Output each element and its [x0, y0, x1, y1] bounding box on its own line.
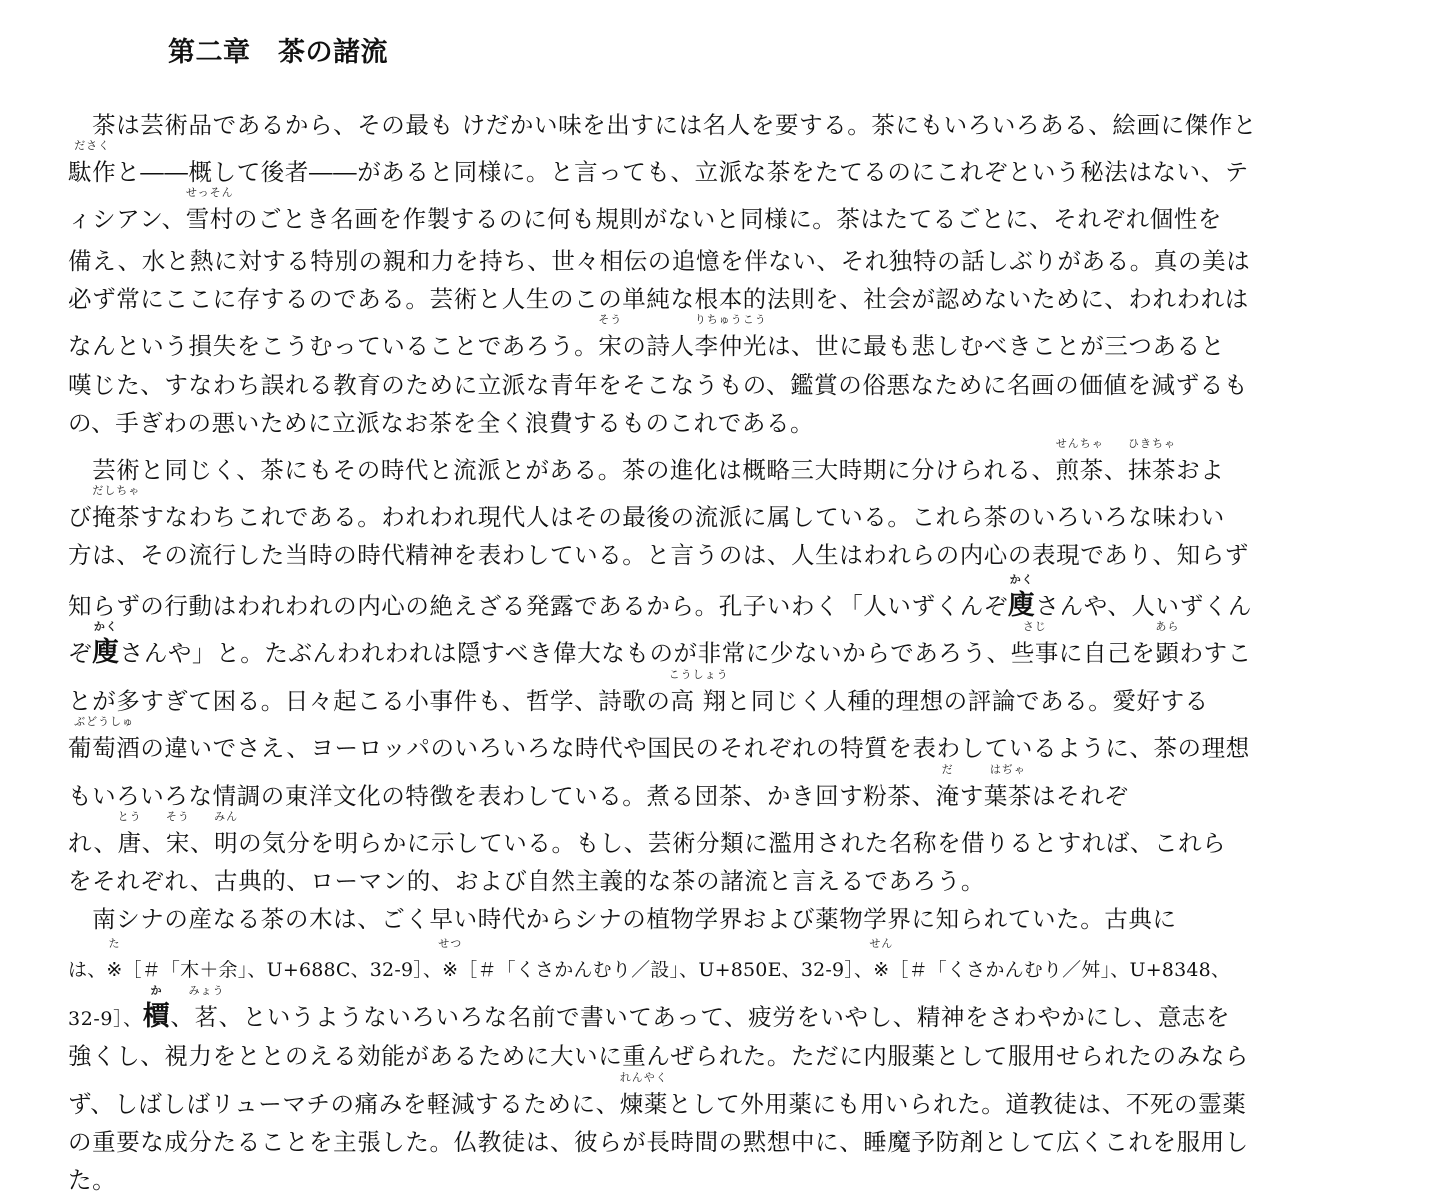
text-line: 方は、その流行した当時の時代精神を表わしている。と言うのは、人生はわれらの内心の… [68, 540, 1249, 570]
text-run: すなわちこれである。われわれ現代人はその最後の流派に属している。これら茶のいろい… [140, 503, 1225, 531]
ruby-base: 高 翔こうしょう [671, 686, 727, 716]
text-run: 嘆じた、すなわち誤れる教育のために立派な青年をそこなうもの、鑑賞の俗悪なために名… [68, 371, 1248, 399]
document-page: 第二章 茶の諸流 茶は芸術品であるから、その最も けだかい味を出すには名人を要す… [0, 0, 1429, 1201]
text-run: さんや」と。たぶんわれわれは隠すべき偉大なものが非常に少ないからであろう、 [120, 639, 1011, 667]
text-line: び掩茶だしちゃすなわちこれである。われわれ現代人はその最後の流派に属している。こ… [68, 502, 1225, 532]
text-run: ［＃「くさかんむり／設」、U+850E、32-9］、 [458, 959, 873, 981]
text-line: 強くし、視力をととのえる効能があるために大いに重んぜられた。ただに内服薬として服… [68, 1041, 1249, 1071]
ruby-reading: だ [942, 764, 954, 776]
ruby-base: 掩茶だしちゃ [92, 502, 140, 532]
text-line: もいろいろな情調の東洋文化の特徴を表わしている。煮る団茶、かき回す粉茶、淹だす葉… [68, 781, 1128, 811]
ruby-base: 葉茶はぢゃ [984, 781, 1032, 811]
text-run: の重要な成分たることを主張した。仏教徒は、彼らが長時間の黙想中に、睡魔予防剤とし… [68, 1128, 1249, 1156]
text-run: とが多すぎて困る。日々起こる小事件も、哲学、詩歌の [68, 687, 671, 715]
text-run: の気分を明らかに示している。もし、芸術分類に濫用された名称を借りるとすれば、これ… [238, 829, 1226, 857]
text-line: 茶は芸術品であるから、その最も けだかい味を出すには名人を要する。茶にもいろいろ… [68, 110, 1257, 140]
text-run: び [68, 503, 92, 531]
text-run: ［＃「くさかんむり／舛」、U+8348、 [889, 959, 1230, 981]
text-run: をそれぞれ、古典的、ローマン的、および自然主義的な茶の諸流と言えるであろう。 [68, 867, 985, 895]
ruby-reading: りちゅうこう [695, 314, 767, 326]
text-run: 知らずの行動はわれわれの内心の絶えざる発露であるから。孔子いわく「人いずくんぞ [68, 592, 1008, 620]
ruby-reading: せっそん [186, 187, 234, 199]
text-run: す [960, 782, 984, 810]
ruby-reading: そう [598, 314, 622, 326]
text-run: 茶は芸術品であるから、その最も けだかい味を出すには名人を要する。茶にもいろいろ… [68, 111, 1257, 139]
ruby-reading: ぶどうしゅ [74, 716, 134, 728]
text-line: 駄作ださくと――概して後者――があると同様に。と言っても、立派な茶をたてるのにこ… [68, 157, 1249, 187]
ruby-base: 廋かく [92, 638, 120, 668]
text-run: なんという損失をこうむっていることであろう。 [68, 332, 598, 360]
ruby-base: 宋そう [166, 828, 190, 858]
text-run: 、 [170, 1003, 194, 1031]
ruby-reading: せん [869, 938, 893, 950]
text-line: 葡萄酒ぶどうしゅの違いでさえ、ヨーロッパのいろいろな時代や国民のそれぞれの特質を… [68, 733, 1250, 763]
text-run: 芸術と同じく、茶にもその時代と流派とがある。茶の進化は概略三大時期に分けられる、 [68, 456, 1056, 484]
text-line: 備え、水と熱に対する特別の親和力を持ち、世々相伝の追憶を伴ない、それ独特の話しぶ… [68, 246, 1250, 276]
ruby-base: 煎茶せんちゃ [1056, 455, 1104, 485]
text-run: わすこ [1179, 639, 1251, 667]
ruby-base: 些事さじ [1011, 638, 1059, 668]
text-run: ［＃「木＋余」、U+688C、32-9］、 [123, 959, 443, 981]
ruby-reading: みょう [189, 985, 225, 997]
text-line: ぞ廋かくさんや」と。たぶんわれわれは隠すべき偉大なものが非常に少ないからであろう… [68, 638, 1252, 668]
text-line: 知らずの行動はわれわれの内心の絶えざる発露であるから。孔子いわく「人いずくんぞ廋… [68, 591, 1252, 621]
ruby-reading: かく [1010, 574, 1034, 586]
ruby-reading: れんやく [620, 1072, 668, 1084]
text-line: は、※た［＃「木＋余」、U+688C、32-9］、※せつ［＃「くさかんむり／設」… [68, 955, 1230, 985]
text-line: ず、しばしばリューマチの痛みを軽減するために、煉薬れんやくとして外用薬にも用いら… [68, 1089, 1246, 1119]
text-line: 必ず常にここに存するのである。芸術と人生のこの単純な根本的法則を、社会が認めない… [68, 284, 1249, 314]
text-run: さんや、人いずくん [1036, 592, 1252, 620]
ruby-base: 檟か [143, 1002, 171, 1032]
text-run: ィシアン、 [68, 205, 186, 233]
text-run: に自己を [1059, 639, 1155, 667]
ruby-base: 廋かく [1008, 591, 1036, 621]
ruby-base: 駄作ださく [68, 157, 116, 187]
text-line: とが多すぎて困る。日々起こる小事件も、哲学、詩歌の高 翔こうしょうと同じく人種的… [68, 686, 1209, 716]
ruby-base: 宋そう [598, 331, 622, 361]
ruby-base: 葡萄酒ぶどうしゅ [68, 733, 140, 763]
ruby-reading: ひきちゃ [1128, 438, 1176, 450]
text-line: の重要な成分たることを主張した。仏教徒は、彼らが長時間の黙想中に、睡魔予防剤とし… [68, 1127, 1249, 1157]
ruby-reading: さじ [1023, 621, 1047, 633]
text-run: は、世に最も悲しむべきことが三つあると [767, 332, 1225, 360]
text-run: 、 [1104, 456, 1128, 484]
text-line: をそれぞれ、古典的、ローマン的、および自然主義的な茶の諸流と言えるであろう。 [68, 866, 985, 896]
ruby-base: 李仲光りちゅうこう [695, 331, 767, 361]
text-line: 南シナの産なる茶の木は、ごく早い時代からシナの植物学界および薬物学界に知られてい… [68, 904, 1177, 934]
ruby-reading: とう [118, 811, 142, 823]
ruby-reading: みん [214, 811, 238, 823]
ruby-reading: せつ [438, 938, 462, 950]
ruby-reading: かく [94, 621, 118, 633]
text-run: の、手ぎわの悪いために立派なお茶を全く浪費するものこれである。 [68, 409, 814, 437]
text-run: 方は、その流行した当時の時代精神を表わしている。と言うのは、人生はわれらの内心の… [68, 541, 1249, 569]
text-run: のごとき名画を作製するのに何も規則がないと同様に。茶はたてるごとに、それぞれ個性… [234, 205, 1222, 233]
text-run: 強くし、視力をととのえる効能があるために大いに重んぜられた。ただに内服薬として服… [68, 1042, 1249, 1070]
text-run: およ [1176, 456, 1224, 484]
ruby-base: 煉薬れんやく [620, 1089, 668, 1119]
text-run: の詩人 [622, 332, 694, 360]
text-run: もいろいろな情調の東洋文化の特徴を表わしている。煮る団茶、かき回す粉茶、 [68, 782, 936, 810]
ruby-reading: はぢゃ [990, 764, 1026, 776]
text-run: 、というようないろいろな名前で書いてあって、疲労をいやし、精神をさわやかにし、意… [219, 1003, 1231, 1031]
text-run: と――概して後者――があると同様に。と言っても、立派な茶をたてるのにこれぞという… [116, 158, 1249, 186]
text-line: ィシアン、雪村せっそんのごとき名画を作製するのに何も規則がないと同様に。茶はたて… [68, 204, 1222, 234]
ruby-reading: だしちゃ [92, 485, 140, 497]
text-line: た。 [68, 1165, 116, 1195]
ruby-base: ※た [106, 955, 122, 985]
ruby-base: 茗みょう [195, 1002, 219, 1032]
text-run: 必ず常にここに存するのである。芸術と人生のこの単純な根本的法則を、社会が認めない… [68, 285, 1249, 313]
text-run: ぞ [68, 639, 92, 667]
text-run: は、 [68, 959, 106, 981]
ruby-base: 淹だ [936, 781, 960, 811]
text-run: 、 [142, 829, 166, 857]
text-line: 芸術と同じく、茶にもその時代と流派とがある。茶の進化は概略三大時期に分けられる、… [68, 455, 1224, 485]
ruby-base: ※せつ [442, 955, 458, 985]
text-run: はそれぞ [1032, 782, 1128, 810]
text-run: た。 [68, 1166, 116, 1194]
text-line: れ、唐とう、宋そう、明みんの気分を明らかに示している。もし、芸術分類に濫用された… [68, 828, 1226, 858]
text-run: の違いでさえ、ヨーロッパのいろいろな時代や国民のそれぞれの特質を表わしているよう… [140, 734, 1250, 762]
text-run: 32-9］、 [68, 1008, 143, 1030]
ruby-reading: こうしょう [669, 669, 729, 681]
text-run: れ、 [68, 829, 118, 857]
ruby-reading: せんちゃ [1056, 438, 1104, 450]
ruby-base: 顕あら [1155, 638, 1179, 668]
text-line: の、手ぎわの悪いために立派なお茶を全く浪費するものこれである。 [68, 408, 814, 438]
text-run: ず、しばしばリューマチの痛みを軽減するために、 [68, 1090, 620, 1118]
text-run: として外用薬にも用いられた。道教徒は、不死の霊薬 [668, 1090, 1246, 1118]
text-run: 備え、水と熱に対する特別の親和力を持ち、世々相伝の追憶を伴ない、それ独特の話しぶ… [68, 247, 1250, 275]
ruby-reading: ださく [74, 140, 110, 152]
ruby-reading: か [151, 985, 163, 997]
ruby-base: 明みん [214, 828, 238, 858]
text-run: と同じく人種的理想の評論である。愛好する [727, 687, 1209, 715]
ruby-base: ※せん [873, 955, 889, 985]
ruby-base: 抹茶ひきちゃ [1128, 455, 1176, 485]
text-line: 嘆じた、すなわち誤れる教育のために立派な青年をそこなうもの、鑑賞の俗悪なために名… [68, 370, 1248, 400]
ruby-reading: あら [1155, 621, 1179, 633]
text-run: 、 [190, 829, 214, 857]
text-run: 南シナの産なる茶の木は、ごく早い時代からシナの植物学界および薬物学界に知られてい… [68, 905, 1177, 933]
ruby-reading: そう [166, 811, 190, 823]
chapter-title: 第二章 茶の諸流 [168, 30, 388, 69]
ruby-reading: た [108, 938, 120, 950]
ruby-base: 唐とう [118, 828, 142, 858]
text-line: 32-9］、檟か、茗みょう、というようないろいろな名前で書いてあって、疲労をいや… [68, 1002, 1230, 1034]
ruby-base: 雪村せっそん [186, 204, 234, 234]
text-line: なんという損失をこうむっていることであろう。宋そうの詩人李仲光りちゅうこうは、世… [68, 331, 1225, 361]
